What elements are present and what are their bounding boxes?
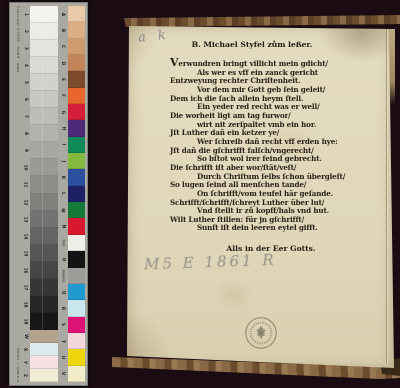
grayscale-patch	[30, 23, 58, 40]
grayscale-row: 17	[22, 279, 58, 296]
grayscale-row: 14	[22, 228, 58, 245]
grayscale-patch	[30, 211, 58, 228]
color-row: O	[60, 251, 85, 267]
color-patch	[68, 169, 85, 185]
color-row: U	[60, 349, 85, 365]
color-row: B	[60, 22, 85, 38]
color-label: G	[61, 111, 66, 114]
color-label: L	[61, 193, 66, 196]
color-label: I	[61, 144, 66, 146]
color-row: I	[60, 137, 85, 153]
color-row: G	[60, 104, 85, 120]
grayscale-row: 5	[22, 74, 58, 91]
color-row: C	[60, 39, 85, 55]
grayscale-label: 12	[23, 199, 28, 205]
grayscale-label: 10	[23, 165, 28, 171]
grayscale-row: 10	[22, 159, 58, 176]
wedge-seam	[42, 6, 43, 330]
grayscale-patch	[30, 40, 58, 57]
strip-copyright-text: Copyright 4/1998 · GmbH · www	[12, 6, 20, 73]
color-row: N	[60, 218, 85, 234]
color-row: S	[60, 317, 85, 333]
color-label: O	[61, 258, 66, 262]
color-row: M	[60, 202, 85, 218]
grayscale-patch	[30, 343, 58, 356]
color-patch	[68, 333, 85, 349]
grayscale-label: 11	[23, 182, 28, 188]
grayscale-label: 2	[23, 30, 28, 33]
grayscale-patch	[30, 6, 58, 23]
color-row: R	[60, 300, 85, 316]
color-label: F	[61, 94, 66, 97]
grayscale-patch	[30, 356, 58, 369]
color-patch	[68, 235, 85, 251]
grayscale-patch	[30, 159, 58, 176]
grayscale-label: 6	[23, 98, 28, 101]
grayscale-label: 5	[23, 81, 28, 84]
book-top-edge	[124, 14, 400, 28]
color-label: S	[61, 323, 66, 326]
color-label: H	[61, 127, 66, 131]
grayscale-wedge: 12345678910111213141516171819WXYZ	[22, 6, 58, 382]
color-label: C	[61, 45, 66, 48]
poem-line: Sunſt iſt dein leeren eytel gifft.	[197, 224, 382, 233]
color-label: K	[61, 176, 66, 179]
grayscale-patch	[30, 142, 58, 159]
grayscale-patch	[30, 228, 58, 245]
color-label: R	[61, 307, 66, 310]
grayscale-patch	[30, 296, 58, 313]
color-label: M	[61, 208, 66, 212]
grayscale-row: 8	[22, 125, 58, 142]
grayscale-row: 2	[22, 23, 58, 40]
grayscale-label: 19	[23, 318, 28, 324]
pencil-shelfmark: M5 E 1861 R	[144, 251, 277, 274]
color-patch	[68, 317, 85, 333]
grayscale-patch	[30, 330, 58, 343]
color-row: D	[60, 55, 85, 71]
color-patch	[68, 349, 85, 365]
color-label: Balance	[62, 269, 66, 282]
color-row: E	[60, 71, 85, 87]
grayscale-label: 3	[23, 47, 28, 50]
grayscale-row: 9	[22, 142, 58, 159]
grayscale-patch	[30, 313, 58, 330]
grayscale-row: 4	[22, 57, 58, 74]
color-row: Fdot	[60, 235, 85, 251]
grayscale-label: 18	[23, 301, 28, 307]
color-patch	[68, 268, 85, 284]
grayscale-patch	[30, 108, 58, 125]
color-patch	[68, 366, 85, 382]
grayscale-label: 15	[23, 250, 28, 256]
color-row: K	[60, 169, 85, 185]
color-patch-column: ABCDEFGHIJKLMNFdotOBalanceQRSTUV	[60, 6, 85, 382]
strip-side-text: GmbH — Kamera	[12, 348, 20, 382]
grayscale-label: 9	[23, 149, 28, 152]
color-patch	[68, 71, 85, 87]
color-row: F	[60, 88, 85, 104]
color-row: Q	[60, 284, 85, 300]
grayscale-label: Y	[23, 361, 28, 364]
page-title: B. Michael Styfel zům leßer.	[126, 40, 378, 49]
grayscale-patch	[30, 125, 58, 142]
round-ink-stamp-icon	[244, 316, 278, 350]
grayscale-patch	[30, 245, 58, 262]
grayscale-row: 11	[22, 176, 58, 193]
grayscale-patch	[30, 91, 58, 108]
color-row: H	[60, 120, 85, 136]
grayscale-row: 19	[22, 313, 58, 330]
poem-block: Verwundren bringt villicht mein gdicht/A…	[170, 59, 382, 233]
grayscale-label: 17	[23, 284, 28, 290]
drop-initial: V	[170, 56, 178, 69]
color-patch	[68, 137, 85, 153]
grayscale-label: 7	[23, 115, 28, 118]
strip-copyright-column: Copyright 4/1998 · GmbH · www GmbH — Kam…	[12, 6, 20, 382]
color-label: A	[61, 13, 66, 16]
grayscale-row: 15	[22, 245, 58, 262]
color-patch	[68, 120, 85, 136]
grayscale-row: 3	[22, 40, 58, 57]
page-crease	[386, 28, 387, 363]
color-row: A	[60, 6, 85, 22]
grayscale-patch	[30, 176, 58, 193]
color-patch	[68, 6, 85, 22]
grayscale-row: Y	[22, 356, 58, 369]
grayscale-row: 18	[22, 296, 58, 313]
color-patch	[68, 284, 85, 300]
grayscale-patch	[30, 369, 58, 382]
grayscale-row: X	[22, 343, 58, 356]
color-label: V	[61, 372, 66, 375]
color-label: B	[61, 29, 66, 32]
grayscale-label: 14	[23, 233, 28, 239]
color-patch	[68, 22, 85, 38]
grayscale-patch	[30, 57, 58, 74]
color-row: L	[60, 186, 85, 202]
grayscale-row: 7	[22, 108, 58, 125]
color-label: Q	[61, 290, 66, 294]
color-patch	[68, 153, 85, 169]
grayscale-patch	[30, 279, 58, 296]
grayscale-row: W	[22, 330, 58, 343]
color-patch	[68, 218, 85, 234]
grayscale-label: 16	[23, 267, 28, 273]
color-patch	[68, 39, 85, 55]
color-label: Fdot	[62, 239, 66, 246]
color-patch	[68, 186, 85, 202]
color-label: E	[61, 78, 66, 81]
color-calibration-strip: Copyright 4/1998 · GmbH · www GmbH — Kam…	[9, 2, 88, 386]
color-patch	[68, 300, 85, 316]
color-patch	[68, 88, 85, 104]
grayscale-row: 16	[22, 262, 58, 279]
grayscale-row: 6	[22, 91, 58, 108]
grayscale-patch	[30, 74, 58, 91]
color-patch	[68, 202, 85, 218]
grayscale-label: 4	[23, 64, 28, 67]
color-row: T	[60, 333, 85, 349]
color-label: N	[61, 225, 66, 229]
grayscale-row: 12	[22, 194, 58, 211]
grayscale-row: 1	[22, 6, 58, 23]
grayscale-label: W	[24, 334, 29, 339]
color-patch	[68, 251, 85, 267]
color-patch	[68, 55, 85, 71]
grayscale-patch	[30, 262, 58, 279]
grayscale-label: Z	[23, 374, 28, 377]
grayscale-label: 8	[23, 132, 28, 135]
scanned-book-page: Copyright 4/1998 · GmbH · www GmbH — Kam…	[0, 0, 400, 388]
color-label: T	[61, 340, 66, 343]
grayscale-row: 13	[22, 211, 58, 228]
color-row: Balance	[60, 268, 85, 284]
color-row: V	[60, 366, 85, 382]
page: a k B. Michael Styfel zům leßer. Verwund…	[126, 24, 394, 371]
color-patch	[68, 104, 85, 120]
grayscale-patch	[30, 194, 58, 211]
color-label: D	[61, 61, 66, 64]
grayscale-row: Z	[22, 369, 58, 382]
grayscale-label: X	[23, 348, 28, 351]
grayscale-label: 13	[23, 216, 28, 222]
color-label: J	[61, 160, 66, 162]
grayscale-label: 1	[23, 13, 28, 16]
color-row: J	[60, 153, 85, 169]
color-label: U	[61, 356, 66, 359]
